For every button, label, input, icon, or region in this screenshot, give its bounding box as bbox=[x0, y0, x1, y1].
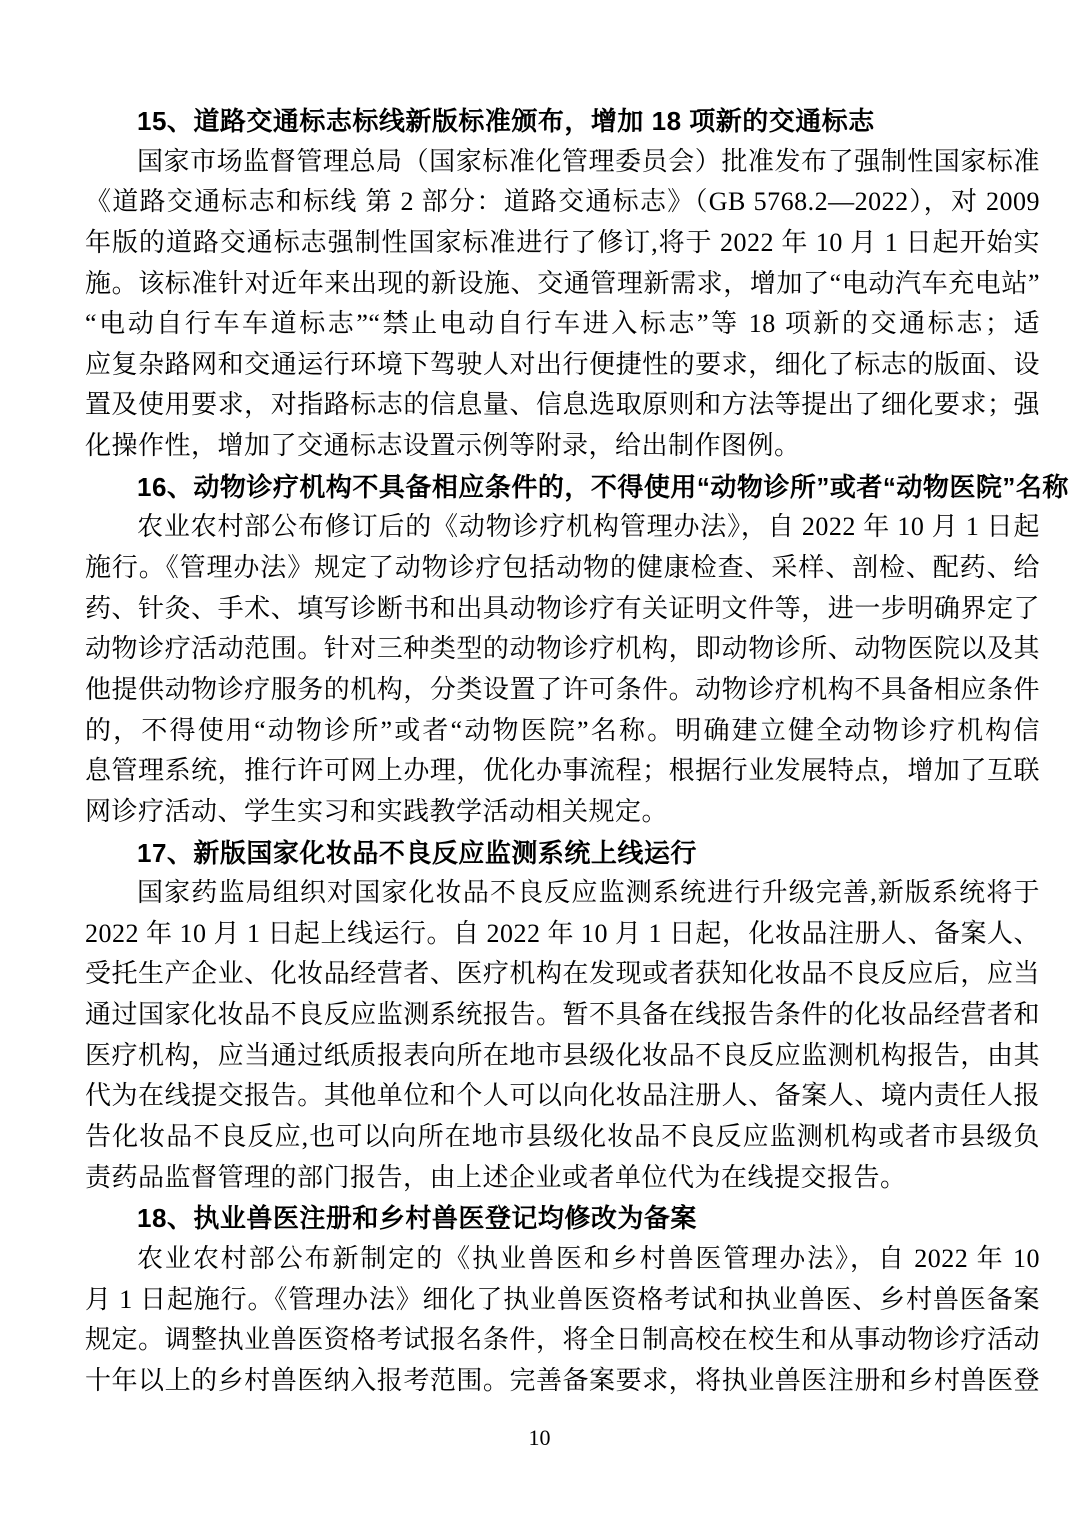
paragraph-line: 施行。《管理办法》规定了动物诊疗包括动物的健康检查、采样、剖检、配药、给 bbox=[85, 548, 1040, 589]
paragraph-line: 置及使用要求，对指路标志的信息量、信息选取原则和方法等提出了细化要求；强 bbox=[85, 385, 1040, 426]
paragraph-line: 农业农村部公布修订后的《动物诊疗机构管理办法》，自 2022 年 10 月 1 … bbox=[85, 507, 1040, 548]
paragraph-line: 息管理系统，推行许可网上办理，优化办事流程；根据行业发展特点，增加了互联 bbox=[85, 751, 1040, 792]
section-heading: 16、动物诊疗机构不具备相应条件的，不得使用“动物诊所”或者“动物医院”名称 bbox=[85, 467, 1040, 508]
paragraph-line: 应复杂路网和交通运行环境下驾驶人对出行便捷性的要求，细化了标志的版面、设 bbox=[85, 345, 1040, 386]
paragraph-line: 网诊疗活动、学生实习和实践教学活动相关规定。 bbox=[85, 792, 1040, 833]
paragraph-line: 国家药监局组织对国家化妆品不良反应监测系统进行升级完善,新版系统将于 bbox=[85, 873, 1040, 914]
paragraph-line: 他提供动物诊疗服务的机构，分类设置了许可条件。动物诊疗机构不具备相应条件 bbox=[85, 670, 1040, 711]
section-heading: 15、道路交通标志标线新版标准颁布，增加 18 项新的交通标志 bbox=[85, 101, 1040, 142]
paragraph-line: 医疗机构，应当通过纸质报表向所在地市县级化妆品不良反应监测机构报告，由其 bbox=[85, 1036, 1040, 1077]
paragraph-line: 规定。调整执业兽医资格考试报名条件，将全日制高校在校生和从事动物诊疗活动 bbox=[85, 1320, 1040, 1361]
paragraph-line: 通过国家化妆品不良反应监测系统报告。暂不具备在线报告条件的化妆品经营者和 bbox=[85, 995, 1040, 1036]
paragraph-line: 农业农村部公布新制定的《执业兽医和乡村兽医管理办法》，自 2022 年 10 bbox=[85, 1239, 1040, 1280]
paragraph-line: 十年以上的乡村兽医纳入报考范围。完善备案要求，将执业兽医注册和乡村兽医登 bbox=[85, 1361, 1040, 1402]
paragraph-line: 药、针灸、手术、填写诊断书和出具动物诊疗有关证明文件等，进一步明确界定了 bbox=[85, 589, 1040, 630]
paragraph-line: “电动自行车车道标志”“禁止电动自行车进入标志”等 18 项新的交通标志；适 bbox=[85, 304, 1040, 345]
paragraph-line: 国家市场监督管理总局（国家标准化管理委员会）批准发布了强制性国家标准 bbox=[85, 142, 1040, 183]
paragraph-line: 《道路交通标志和标线 第 2 部分：道路交通标志》（GB 5768.2—2022… bbox=[85, 182, 1040, 223]
document-page: 15、道路交通标志标线新版标准颁布，增加 18 项新的交通标志国家市场监督管理总… bbox=[0, 0, 1079, 1519]
content: 15、道路交通标志标线新版标准颁布，增加 18 项新的交通标志国家市场监督管理总… bbox=[85, 101, 1040, 1402]
section-heading: 17、新版国家化妆品不良反应监测系统上线运行 bbox=[85, 833, 1040, 874]
paragraph-line: 年版的道路交通标志强制性国家标准进行了修订,将于 2022 年 10 月 1 日… bbox=[85, 223, 1040, 264]
paragraph-line: 化操作性，增加了交通标志设置示例等附录，给出制作图例。 bbox=[85, 426, 1040, 467]
paragraph-line: 责药品监督管理的部门报告，由上述企业或者单位代为在线提交报告。 bbox=[85, 1158, 1040, 1199]
paragraph-line: 受托生产企业、化妆品经营者、医疗机构在发现或者获知化妆品不良反应后，应当 bbox=[85, 954, 1040, 995]
paragraph-line: 动物诊疗活动范围。针对三种类型的动物诊疗机构，即动物诊所、动物医院以及其 bbox=[85, 629, 1040, 670]
paragraph-line: 的，不得使用“动物诊所”或者“动物医院”名称。明确建立健全动物诊疗机构信 bbox=[85, 711, 1040, 752]
page-number: 10 bbox=[0, 1424, 1079, 1452]
paragraph-line: 施。该标准针对近年来出现的新设施、交通管理新需求，增加了“电动汽车充电站” bbox=[85, 264, 1040, 305]
paragraph-line: 代为在线提交报告。其他单位和个人可以向化妆品注册人、备案人、境内责任人报 bbox=[85, 1076, 1040, 1117]
paragraph-line: 告化妆品不良反应,也可以向所在地市县级化妆品不良反应监测机构或者市县级负 bbox=[85, 1117, 1040, 1158]
paragraph-line: 月 1 日起施行。《管理办法》细化了执业兽医资格考试和执业兽医、乡村兽医备案 bbox=[85, 1280, 1040, 1321]
section-heading: 18、执业兽医注册和乡村兽医登记均修改为备案 bbox=[85, 1198, 1040, 1239]
paragraph-line: 2022 年 10 月 1 日起上线运行。自 2022 年 10 月 1 日起，… bbox=[85, 914, 1040, 955]
